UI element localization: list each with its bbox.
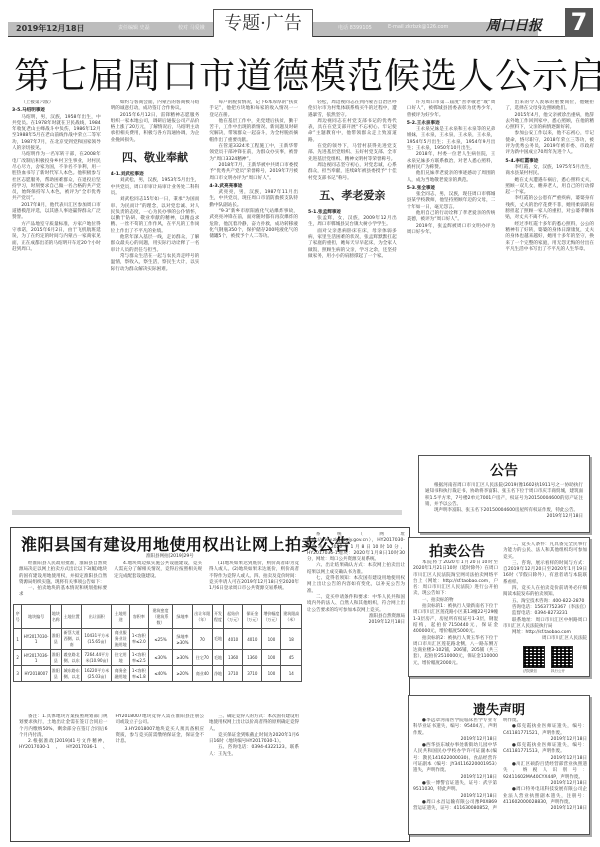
table-cell: 毛地 bbox=[213, 650, 224, 666]
table-header-cell: 建筑密度（建筑系数） bbox=[148, 605, 173, 629]
table-cell: 1<容积率≤2.5 bbox=[130, 650, 149, 666]
table-header-cell: 土地用途 bbox=[112, 605, 130, 629]
table-cell: 3710 bbox=[224, 666, 243, 682]
table-cell: 2 bbox=[14, 650, 22, 666]
table-cell: 商务金融用地 bbox=[112, 666, 130, 682]
paragraph: 参加公安工作以来，他不忘初心，牢记使命，恪尽职守，2018年荣立三等功，被评为优… bbox=[505, 131, 594, 156]
paragraph: “9·3”新乡市原阳液化气站爆炸事故，武亮亮冲锋在前，面对随时都有再次爆炸的危险… bbox=[209, 209, 298, 240]
table-header-cell: 土地位置 bbox=[61, 605, 81, 629]
article-title: 第七届周口市道德模范候选人公示启事 bbox=[14, 48, 594, 99]
paragraph: 武亮亮，男，汉族，1987年11月出生，中共党员，现任周口市消防救援支队特勤中队… bbox=[209, 190, 298, 209]
table-cell: 新蔡大道西侧、以南 bbox=[61, 629, 81, 650]
court-signature: 周口市川汇区人民法院 bbox=[503, 636, 587, 642]
table-cell: 绿地率≥30% bbox=[173, 629, 192, 650]
land-auction-title: 淮阳县国有建设用地使用权出让网上拍卖公告 bbox=[21, 532, 351, 555]
paragraph: 2018年，村委一位老人生病住院，王永泉兄妹多方联系救治，对老人悉心照料，被村民… bbox=[407, 152, 496, 171]
lost-notice-title: 遗失声明 bbox=[409, 699, 589, 718]
paragraph: 她在丈夫遭遇车祸后，悉心照料丈夫，照顾一双儿女，赡养老人，用自己的行动撑起一个家… bbox=[505, 178, 594, 197]
paragraph: 2015年4月，他父亲被诊出重病，他辞去外地工作回到家中，悉心照顾，在他的精心照… bbox=[505, 113, 594, 132]
auction-paragraph: 四、竞买人在拍卖竞价前请务必仔细阅读本院发布的拍卖须知。 bbox=[503, 586, 587, 599]
auction-paragraph: 三、咨询、展示看样的时间与方式：自2019年12月20日至2020年1月19日1… bbox=[503, 561, 587, 586]
lost-item: ●郑克霞执业医师证遗失，编号：C41181771513，声明作废。 bbox=[503, 743, 587, 756]
paragraph: 他在基层工作中，先党建后扶贫，勤干苦干，工作中出现的新情况、新问题及时研究解决，… bbox=[209, 119, 298, 144]
note-paragraph: 六、出让结果确认方式：本次网上拍卖出让结果以网上成交确认书为准。 bbox=[307, 563, 405, 576]
paragraph: 常与群众生活在一起与农民奔走呼号的温情，察收入，察生活，察民生大计，以实际行动为… bbox=[111, 254, 200, 273]
paper-logo: 周口日报 bbox=[486, 15, 542, 35]
table-cell: 18 bbox=[281, 629, 302, 650]
land-auction-right-notes: 三、确定竞得人的方式：本次国有建设用地使用权网上出让以价高者得的原则确定竞得人。… bbox=[209, 714, 299, 839]
auction-paragraph: 联系地址：周口市川汇区中州路周口市川汇区人民法院执行局 bbox=[503, 618, 587, 631]
table-header-cell: 序号 bbox=[14, 605, 22, 629]
public-notice-box: 公告 根据河南省周口市川汇区人民法院(2019)豫1602执1911号之一协助执… bbox=[418, 455, 590, 533]
table-cell: ≥30% bbox=[173, 650, 192, 666]
lost-item-date: 2019年12月18日 bbox=[503, 806, 587, 812]
note-paragraph: 竞买保证金到账截止时间为2020年1月6日16时（地块编号HY2017030-1… bbox=[209, 733, 299, 746]
section-label: 专题·广告 bbox=[213, 9, 313, 37]
proof-credit: 校对 马爱娥 bbox=[178, 24, 205, 31]
paragraph: 周边视同志在村党支部书记的优秀代表，具在在党支部开展“不忘初心、牢记使命”主题教… bbox=[308, 119, 397, 144]
phone-info: 电话 8399105 bbox=[338, 24, 372, 31]
signature-date: 2019年12月18日 bbox=[307, 620, 405, 626]
paragraph: 出来的令人羡慕的重要岗位，他婉拒了，选择在父母身边照顾他们。 bbox=[505, 100, 594, 113]
table-cell: 3 bbox=[14, 666, 22, 682]
court-auction-box: 拍卖公告 本院将于2020年1月20日10时至2020年1月21日10时（延时除… bbox=[408, 537, 590, 677]
qr-label: 执行公开 bbox=[551, 669, 565, 674]
court-auction-left-col: 本院将于2020年1月20日10时至2020年1月21日10时（延时除外）在周口… bbox=[413, 560, 498, 674]
paragraph: 2015年6月12日，雷锋精神志愿服务组织一家本地公司，调研后通报公司产品价格上… bbox=[111, 113, 200, 144]
public-notice-body: 根据河南省周口市川汇区人民法院(2019)豫1602执1911号之一协助执行通知… bbox=[425, 483, 583, 508]
land-parcel-table: 序号地块编号地块名称土地位置出让面积土地用途容积率建筑密度（建筑系数）绿地率出让… bbox=[13, 604, 302, 682]
table-cell: 淮阳县 bbox=[50, 666, 61, 682]
table-cell: HY2018007 bbox=[22, 666, 51, 682]
table-header-cell: 起始价（万元） bbox=[224, 605, 243, 629]
issue-date: 2019年12月18日 bbox=[16, 23, 85, 34]
paragraph: 许为周口市第二届度“善孝敬老”或“周口好人”，被郸城县团委表彰为优秀少年，曾被评… bbox=[407, 100, 496, 119]
article-column: 出来的令人羡慕的重要岗位，他婉拒了，选择在父母身边照顾他们。2015年4月，他父… bbox=[505, 100, 594, 502]
paragraph: 方产品地室守质量标准，方家户地位得守承诺，2015年6月2日，由于飞机航班延误，… bbox=[12, 222, 101, 253]
land-auction-notes: 备注：1.具体地块方案按照规划部门规划要求执行，土地出让金需在签订合同后一个月内… bbox=[19, 714, 204, 839]
table-header-cell: 开发程度 bbox=[213, 605, 224, 629]
land-auction-intro: 经淮阳县人民政府批准，淮阳县自然资源局决定以网上拍卖方式出让以下3(幅)地块的国… bbox=[19, 561, 107, 603]
table-row: 2HY2017036-1淮阳县羲皇路北侧、以东7264.44平方米(10.90亩… bbox=[14, 650, 302, 666]
lost-item: ●西华县东城办事处新街幼儿园中华人民共和国民办学校办学许可证副本(编号：教民14… bbox=[413, 743, 497, 774]
court-auction-right-col: 二、竞买人条件：凡具备完全民事行为能力的公民、法人和其他组织均可参加竞买。三、咨… bbox=[503, 542, 587, 642]
table-cell: 100 bbox=[262, 650, 281, 666]
table-cell: ≤40% bbox=[148, 666, 173, 682]
paragraph: 他常年深入基层一线，走访群众，了解群众最关心的问题，用实际行动诠释了一名审计人员… bbox=[111, 235, 200, 254]
editor-credit: 责任编辑 史磊 bbox=[118, 24, 150, 31]
table-cell: 商业服务业设施用地 bbox=[112, 629, 130, 650]
table-cell: 商业40 bbox=[192, 666, 212, 682]
land-auction-col2: 4.地块周边拟实施公共设施建设，竞买人需充分了解相关情况，竞得后按照相关规定完成… bbox=[114, 561, 202, 603]
email-info: E-mail zkrbzk@126.com bbox=[388, 24, 448, 30]
paragraph: 张孟辉，女，汉族，2009年12月出生，周口市郸城县吴台镇大树小学学生。 bbox=[308, 216, 397, 229]
paragraph: 2018年7月，王新华被中共周口市委授予“优秀共产党员”荣誉称号，2019年7月… bbox=[209, 163, 298, 182]
article-column: 轻松，周边视同志在到内蒙古自治区呼伦贝尔市为村集体联系购买牛的过程中，遭遇暴雪，… bbox=[308, 100, 397, 502]
note-paragraph: 备注：1.具体地块方案按照规划部门规划要求执行，土地出让金需在签订合同后一个月内… bbox=[19, 714, 108, 739]
qr-label: 法院微信 bbox=[523, 669, 537, 674]
paragraph: 马绍明作为一名军转干部，在2008年电厂改制后积极投身乡村卫生事业，对村民尽心尽… bbox=[12, 152, 101, 202]
table-header-cell: 建筑限高（米） bbox=[281, 605, 302, 629]
table-cell: 14 bbox=[281, 666, 302, 682]
lost-notice-box: 遗失声明 ●李远章河南医学院临床医学专业专科毕业证书遗失，编号：95404万，声… bbox=[408, 695, 590, 835]
table-cell: 住宅70 bbox=[192, 650, 212, 666]
page-number: 7 bbox=[565, 8, 593, 37]
table-cell: 10431平方米(15.65亩) bbox=[82, 629, 112, 650]
table-cell: HY2017036-1 bbox=[22, 650, 51, 666]
table-header-cell: 保证金（万元） bbox=[243, 605, 262, 629]
auction-paragraph: 拍卖标的2：被执行人黄玉华名下位于周口市川汇区莲花路北侧，八一路东侧万达商业楼3… bbox=[413, 636, 498, 667]
table-cell: 城东路东侧、以北 bbox=[61, 666, 81, 682]
table-cell: 100 bbox=[262, 666, 281, 682]
article-body: （上接第六版）3-5.马绍明事迹马绍明，男，汉族，1958年出生，中共党员。在1… bbox=[12, 100, 594, 502]
paragraph: 他用自己的行动诠释了孝老爱亲的传统美德，被评为“周口好人”。 bbox=[407, 211, 496, 224]
table-cell: 70 bbox=[192, 629, 212, 650]
table-header-cell: 绿地率 bbox=[173, 605, 192, 629]
table-cell: 净地 bbox=[213, 666, 224, 682]
table-cell: ≤30% bbox=[148, 650, 173, 666]
paragraph: （上接第六版） bbox=[12, 100, 101, 106]
paragraph: 刘武松同志15年如一日，秉承“为国而审、为民而计”的理念，以对党忠诚、对人民负责… bbox=[111, 197, 200, 235]
article-column: 每户的脱贫情况，记下6本厚厚的“扶贫手记”，他把方块地和每家的收入情况一一登记在… bbox=[209, 100, 298, 502]
table-cell: HY2017030-1 bbox=[22, 629, 51, 650]
lost-item: ●川汇区硕韵百货经营部营业执照遗失，纳税人识别号：92411602MA40CYX… bbox=[503, 762, 587, 781]
land-auction-notice: 淮阳县国有建设用地使用权出让网上拍卖公告 淮阳县网拍[2019]29号 经淮阳县… bbox=[10, 527, 410, 842]
paragraph: 王永泉兄妹是王永泉和王永泉等的兄弟姐妹，王永泉，王永泉，王永泉，王永泉，1954… bbox=[407, 127, 496, 152]
qr-code-icon[interactable] bbox=[523, 646, 545, 668]
lost-item: ●张一博警官证遗失，证号：武字第9511030，特此声明。 bbox=[413, 781, 497, 794]
public-notice-title: 公告 bbox=[419, 460, 589, 480]
paragraph: 周边视同志坚守初心，对党忠诚，心系群众，担当奉献，连续8年被县委授予“十佳村党支… bbox=[308, 163, 397, 182]
table-header-cell: 地块编号 bbox=[22, 605, 51, 629]
paragraph: 马绍明，男，汉族，1958年出生，中共党员。在1978年时就在卫民战线，1984… bbox=[12, 115, 101, 153]
section-heading: 五、孝老爱亲 bbox=[308, 188, 397, 204]
land-auction-doc-number: 淮阳县网拍[2019]29号 bbox=[146, 553, 194, 559]
paragraph: 在党的领导下，马营村获得先进党支部、先进基层党组织、五好村党支部、全市先进基层党… bbox=[308, 144, 397, 163]
table-cell: 4010 bbox=[243, 629, 262, 650]
table-cell: ≤25% bbox=[148, 629, 173, 650]
table-row: 3HY2018007淮阳县城东路东侧、以北16220平方米(25.03亩)商务金… bbox=[14, 666, 302, 682]
note-paragraph: 三、确定竞得人的方式：本次国有建设用地使用权网上出让以价高者得的原则确定竞得人。 bbox=[209, 714, 299, 733]
table-cell: 1<容积率≤2.0 bbox=[130, 629, 149, 650]
table-cell: 7264.44平方米(10.90亩) bbox=[82, 650, 112, 666]
land-auction-side-text: 系统（网址 http://www.zkggzyjy.gov.cn），HY2017… bbox=[307, 532, 405, 837]
section-heading: 四、敬业奉献 bbox=[111, 150, 200, 166]
lost-item: ●郑克霞执业医师证遗失，编号：C41181771521，声明作废。 bbox=[503, 724, 587, 737]
paragraph: 刘武松，男，汉族，1953年5月出生，中共党员，周口市审计局审计业务处二科科员。 bbox=[111, 178, 200, 197]
table-cell: 淮阳县 bbox=[50, 650, 61, 666]
public-notice-date: 2019年12月18日 bbox=[425, 514, 583, 520]
paragraph: 2017年8月，他代表川汇区参加周口市道德模范评选，以其感人事迹赢得群众广泛赞誉… bbox=[12, 203, 101, 222]
table-cell: 100 bbox=[262, 629, 281, 650]
note-paragraph: 七、竞得者须知：本次国有建设用地使用权网上出让公告的内容如有变化，以补充公告为准… bbox=[307, 576, 405, 595]
section-divider bbox=[12, 510, 402, 515]
table-header-cell: 出让年限（年） bbox=[192, 605, 212, 629]
paragraph: 每户的脱贫情况，记下6本厚厚的“扶贫手记”，他把方块地和每家的收入情况一一登记在… bbox=[209, 100, 298, 119]
table-header-cell: 地块名称 bbox=[50, 605, 61, 629]
paragraph: 2019年，张孟辉被周口市文明办评为周口好少年。 bbox=[407, 224, 496, 237]
table-cell: 1360 bbox=[224, 650, 243, 666]
table-cell: 1<容积率≤1.8 bbox=[130, 666, 149, 682]
paragraph: 李红霞，女，汉族，1975年5月出生，商水县某村村民。 bbox=[505, 165, 594, 178]
table-cell: 住宅用地 bbox=[112, 650, 130, 666]
note-paragraph: 五、咨询电话：0394-4322123。联系人：王先生。 bbox=[209, 745, 299, 758]
table-header-cell: 出让面积 bbox=[82, 605, 112, 629]
auction-paragraph: 二、竞买人条件：凡具备完全民事行为能力的公民、法人和其他组织均可参加竞买。 bbox=[503, 542, 587, 561]
paragraph: 面对父亲患病卧床在床，母亲体弱多病，家里生活困难的状况，张孟辉默默扛起了家庭的重… bbox=[308, 229, 397, 260]
table-cell: 羲皇路北侧、以东 bbox=[61, 650, 81, 666]
lost-item: ●李远章河南医学院临床医学专业专科毕业证书遗失，编号：95404万，声明作废。 bbox=[413, 718, 497, 737]
article-column: 许为周口市第二届度“善孝敬老”或“周口好人”，被郸城县团委表彰为优秀少年，曾被评… bbox=[407, 100, 496, 502]
masthead: 2019年12月18日 责任编辑 史磊 校对 马爱娥 电话 8399105 E-… bbox=[0, 0, 600, 40]
table-cell: 1 bbox=[14, 629, 22, 650]
table-header-cell: 容积率 bbox=[130, 605, 149, 629]
table-cell: 45 bbox=[281, 650, 302, 666]
paragraph: 在管道3324米工程施工中，王新华带领党员干部冲锋在前，为群众办实事，被誉为“周… bbox=[209, 144, 298, 163]
table-cell: 16220平方米(25.03亩) bbox=[82, 666, 112, 682]
table-cell: 1360 bbox=[243, 650, 262, 666]
paragraph: 他们兄妹孝老爱亲的事迹感动了周围的人，成为当地敬老爱亲的典范。 bbox=[407, 171, 496, 184]
table-header-row: 序号地块编号地块名称土地位置出让面积土地用途容积率建筑密度（建筑系数）绿地率出让… bbox=[14, 605, 302, 629]
note-paragraph: 系统（网址 http://www.zkggzyjy.gov.cn），HY2017… bbox=[307, 532, 405, 563]
article-column: （上接第六版）3-5.马绍明事迹马绍明，男，汉族，1958年出生，中共党员。在1… bbox=[12, 100, 101, 502]
paragraph: 经过李红霞十多年的悉心照料，公公的精神有了好转，婆婆的身体日渐康复，丈夫的身体也… bbox=[505, 222, 594, 253]
auction-paragraph: 本院将于2020年1月20日10时至2020年1月21日10时（延时除外）在周口… bbox=[413, 560, 498, 598]
table-row: 1HY2017030-1淮阳县新蔡大道西侧、以南10431平方米(15.65亩)… bbox=[14, 629, 302, 650]
land-auction-col3: (1)地块如果达到底价，则价高者即为竞得人或人。(2)地块如果未达底价，则价高者… bbox=[209, 561, 299, 603]
paragraph: 轻松，周边视同志在到内蒙古自治区呼伦贝尔市为村集体联系购买牛的过程中，遭遇暴雪，… bbox=[308, 100, 397, 119]
court-auction-title: 拍卖公告 bbox=[429, 541, 485, 561]
paragraph: 李红霞的公公患有严重疾病，婆婆身有残疾，丈夫的治疗花费不菲，她用柔弱的肩膀担起了… bbox=[505, 196, 594, 221]
table-cell: 淮阳县 bbox=[50, 629, 61, 650]
qr-code-icon[interactable] bbox=[551, 646, 573, 668]
article-column: 如约与客商会面，内蒙古的客商被马绍明的诚意打动，成功签订合作协议。2015年6月… bbox=[111, 100, 200, 502]
lost-item: ●周口特务电讯科技发展有限公司企业法人营业执照副本遗失，注册号：41160200… bbox=[503, 787, 587, 806]
table-cell: 3710 bbox=[243, 666, 262, 682]
lost-notice-list: ●李远章河南医学院临床医学专业专科毕业证书遗失，编号：95404万，声明作废。2… bbox=[413, 718, 587, 832]
table-cell: 毛地 bbox=[213, 629, 224, 650]
paragraph: 张全同志，男，汉族，现任周口市郸城县某学校教师，他坚持照顾年迈的父母，二十年如一… bbox=[407, 192, 496, 211]
note-paragraph: 3.HY2018007地块竞买人须具备相应资质，参与竞买前需缴纳保证金，保证金不… bbox=[116, 727, 205, 746]
table-cell: ≥20% bbox=[173, 666, 192, 682]
paragraph: 如约与客商会面，内蒙古的客商被马绍明的诚意打动，成功签订合作协议。 bbox=[111, 100, 200, 113]
auction-paragraph: 拍卖标的1：被执行人梁新南名下位于周口市川汇区莲花路小区某13幢22号29幢1-… bbox=[413, 604, 498, 635]
note-paragraph: 二、竞买申请条件和要求：中华人民共和国境内外的法人、自然人和其他组织，符合网上出… bbox=[307, 595, 405, 614]
table-header-cell: 增价幅度（万元） bbox=[262, 605, 281, 629]
table-cell: 4010 bbox=[224, 629, 243, 650]
